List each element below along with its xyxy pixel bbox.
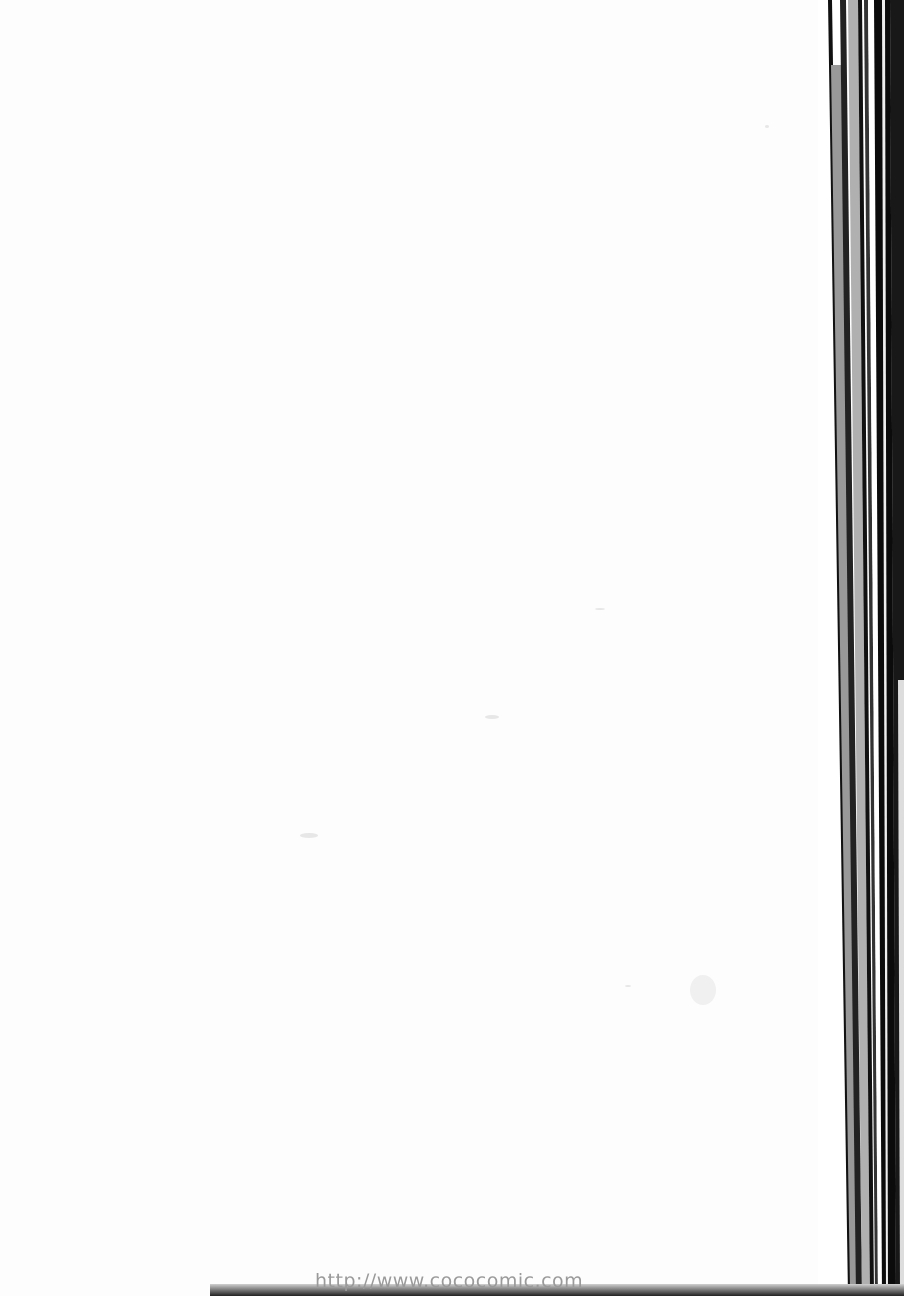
scan-speck [485, 715, 499, 719]
scan-speck [690, 975, 716, 1005]
scan-speck [300, 833, 318, 838]
scan-speck [595, 608, 605, 610]
scan-speck [625, 985, 631, 987]
blank-manga-page: http://www.cococomic.com [0, 0, 904, 1296]
watermark-url: http://www.cococomic.com [315, 1270, 583, 1292]
scan-speck [765, 125, 769, 128]
stacked-page-edges [818, 0, 904, 1296]
